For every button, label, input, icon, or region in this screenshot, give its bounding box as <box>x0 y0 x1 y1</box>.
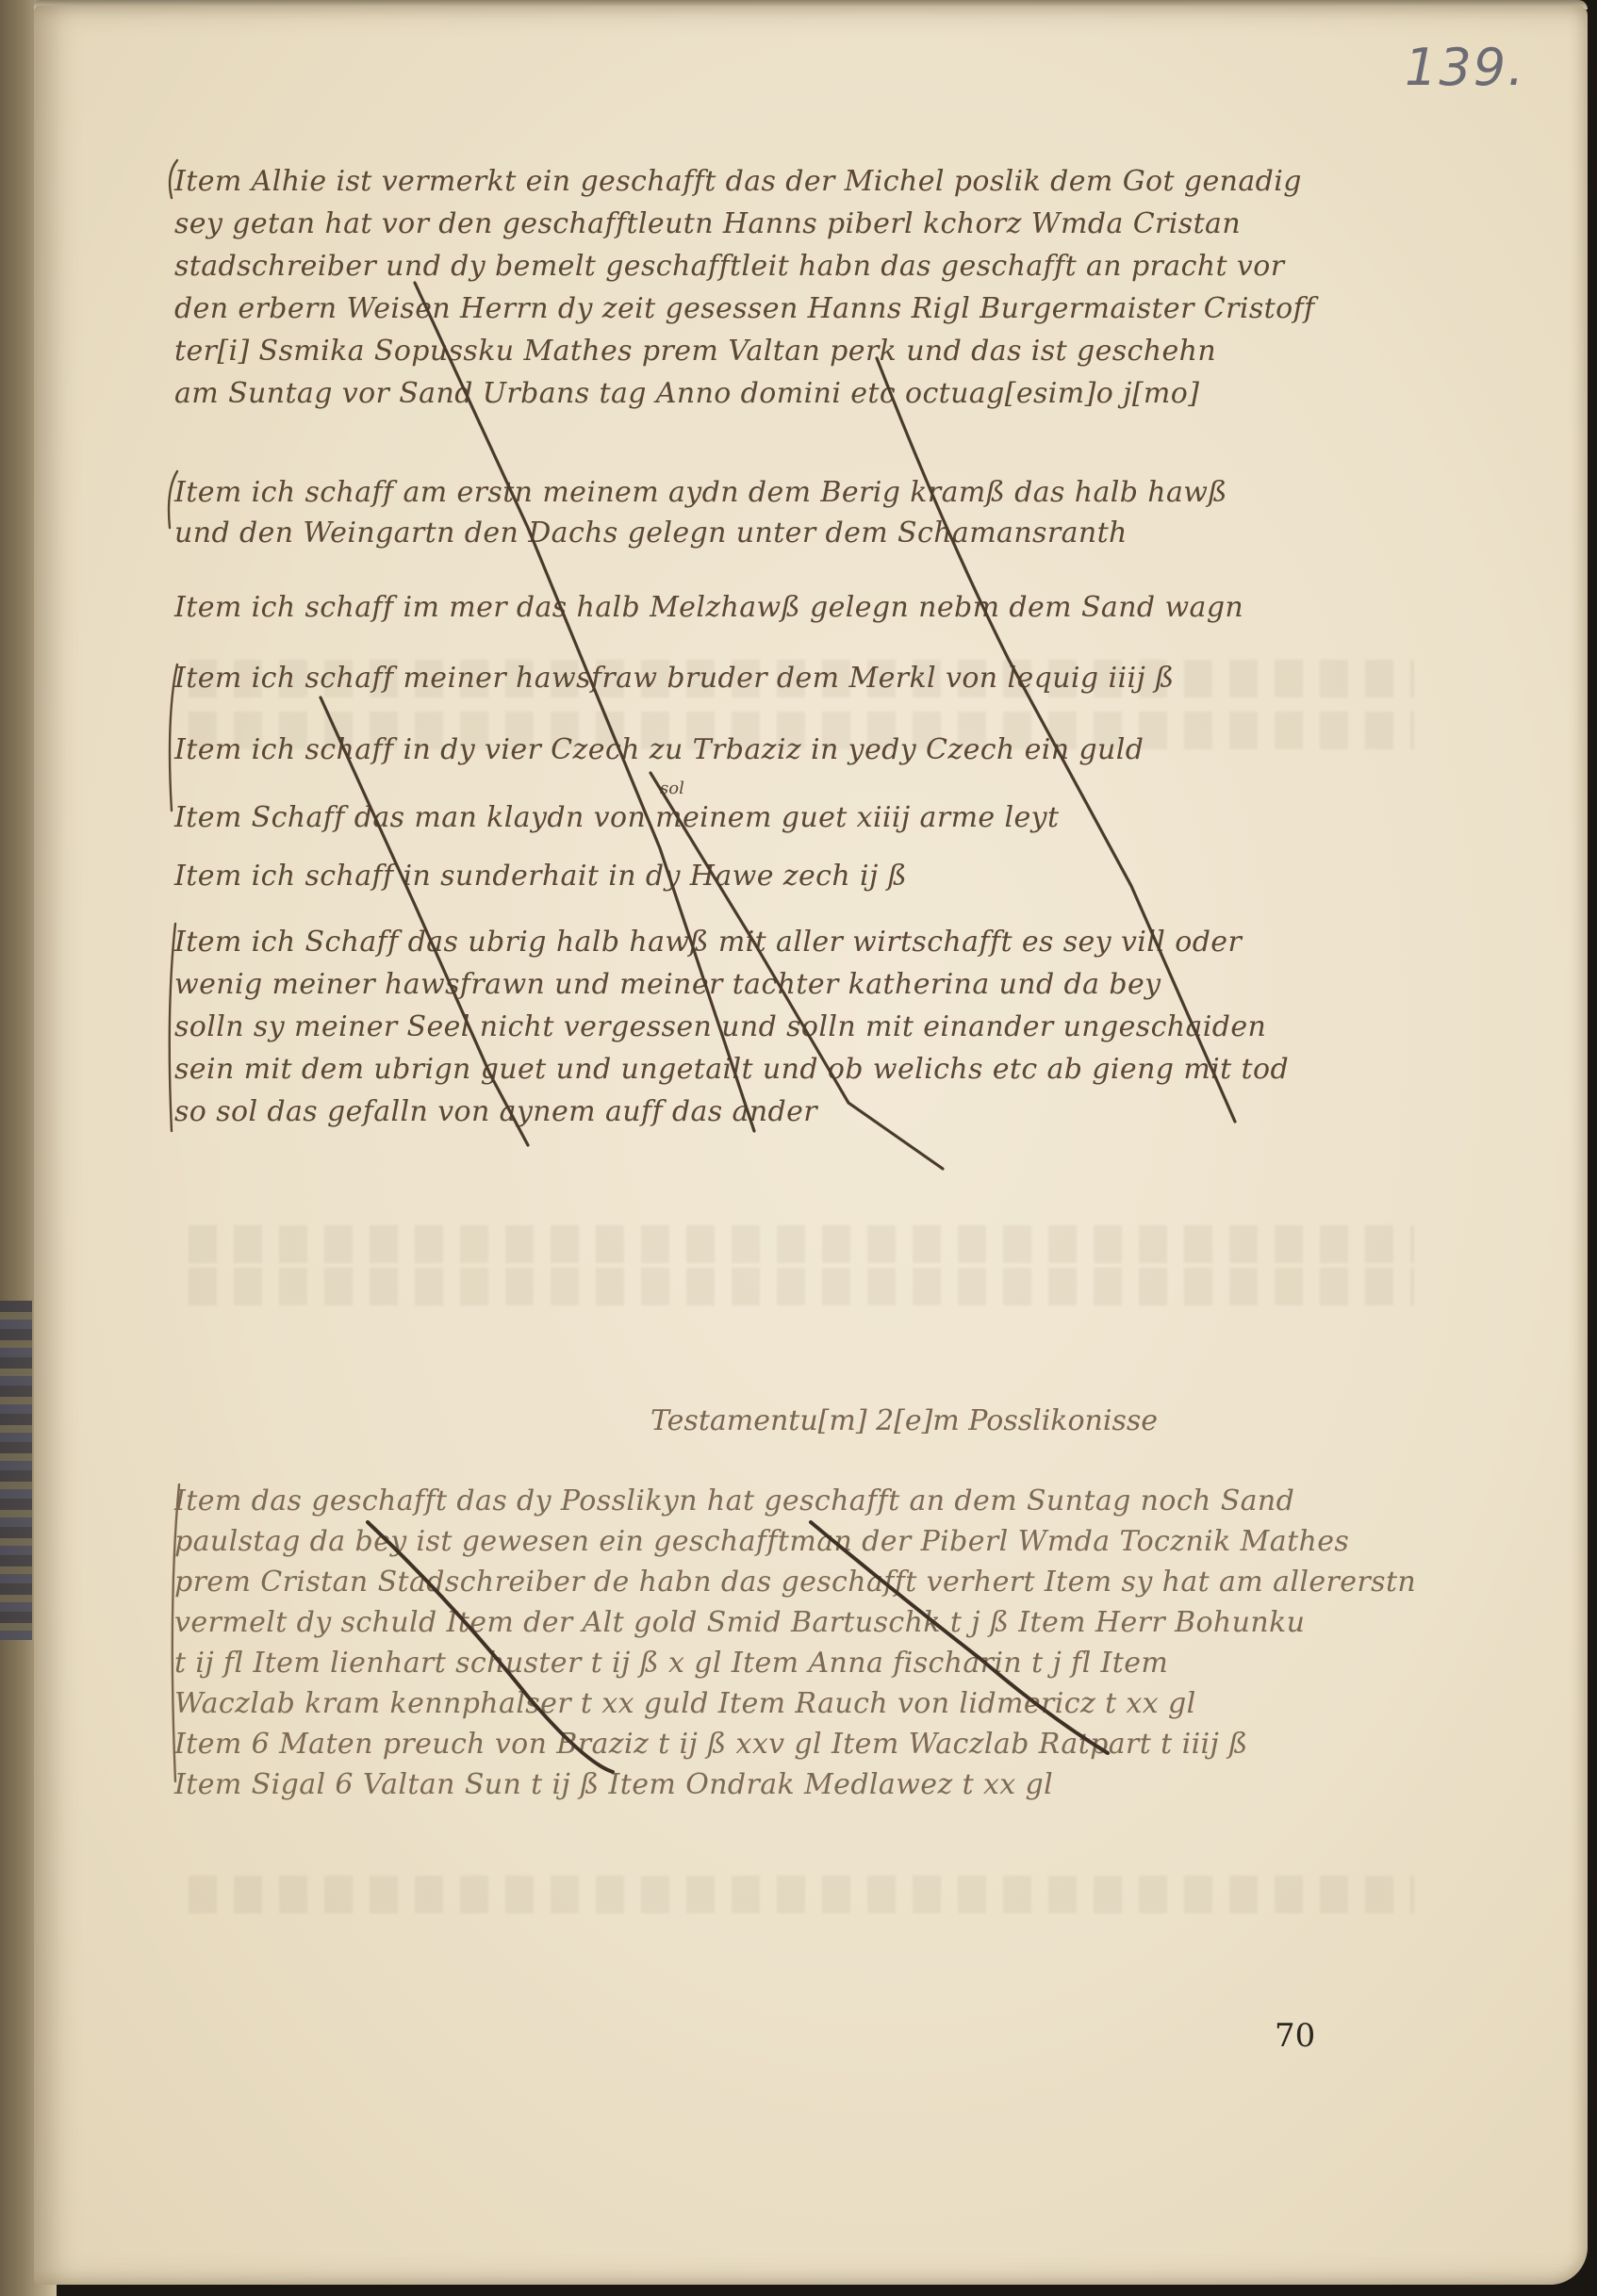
bleed-through <box>189 1876 1414 1913</box>
section-heading: Testamentu[m] 2[e]m Posslikonisse <box>650 1404 1158 1437</box>
folio-number-top: 139. <box>1405 38 1525 97</box>
text-line: Item ich schaff in dy vier Czech zu Trba… <box>174 733 1144 766</box>
text-line: ter[i] Ssmika Sopussku Mathes prem Valta… <box>174 335 1216 368</box>
text-line: Item Alhie ist vermerkt ein geschafft da… <box>174 165 1302 198</box>
text-line: sey getan hat vor den geschafftleutn Han… <box>174 207 1241 240</box>
text-line: Item das geschafft das dy Posslikyn hat … <box>174 1484 1294 1517</box>
text-line: den erbern Weisen Herrn dy zeit gesessen… <box>174 292 1315 325</box>
text-line: Item ich schaff in sunderhait in dy Hawe… <box>174 860 907 893</box>
text-line: stadschreiber und dy bemelt geschafftlei… <box>174 250 1284 283</box>
text-line: Item ich schaff im mer das halb Melzhawß… <box>174 591 1243 624</box>
text-line: Item Schaff das man klaydn von meinem gu… <box>174 801 1059 834</box>
text-line: und den Weingartn den Dachs gelegn unter… <box>174 517 1128 549</box>
text-line: am Suntag vor Sand Urbans tag Anno domin… <box>174 377 1199 410</box>
text-line: solln sy meiner Seel nicht vergessen und… <box>174 1010 1266 1043</box>
text-line: prem Cristan Stadschreiber de habn das g… <box>174 1566 1416 1599</box>
text-line: Item ich schaff am erstn meinem aydn dem… <box>174 476 1227 509</box>
text-line: Item Sigal 6 Valtan Sun t ij ß Item Ondr… <box>174 1768 1053 1801</box>
text-line: Item ich Schaff das ubrig halb hawß mit … <box>174 926 1242 959</box>
text-line: vermelt dy schuld Item der Alt gold Smid… <box>174 1606 1305 1639</box>
text-line: Waczlab kram kennphalser t xx guld Item … <box>174 1687 1196 1720</box>
text-line: t ij fl Item lienhart schuster t ij ß x … <box>174 1647 1168 1680</box>
bleed-through <box>189 1225 1414 1263</box>
text-line: Item ich schaff meiner hawsfraw bruder d… <box>174 662 1175 695</box>
interlinear-insertion: sol <box>660 779 684 798</box>
text-line: so sol das gefalln von aynem auff das an… <box>174 1095 817 1128</box>
bleed-through <box>189 1268 1414 1305</box>
folio-number-bottom: 70 <box>1275 2017 1315 2055</box>
text-line: paulstag da bey ist gewesen ein geschaff… <box>174 1525 1349 1558</box>
text-line: Item 6 Maten preuch von Braziz t ij ß xx… <box>174 1728 1248 1761</box>
binding-thread <box>0 1301 32 1640</box>
text-line: wenig meiner hawsfrawn und meiner tachte… <box>174 968 1161 1001</box>
text-line: sein mit dem ubrign guet und ungetailt u… <box>174 1053 1289 1086</box>
